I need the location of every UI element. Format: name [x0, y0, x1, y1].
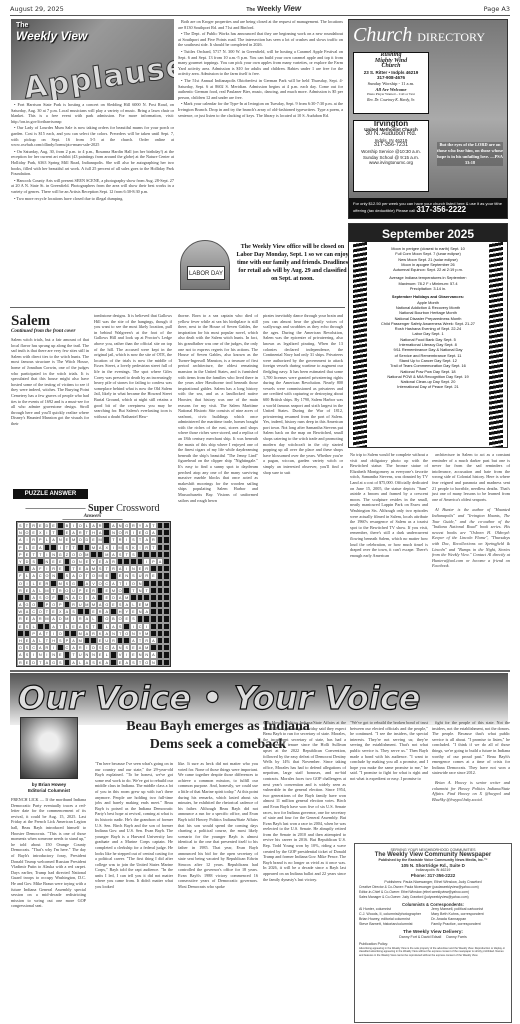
crossword-cell: R [77, 615, 84, 622]
crossword-cell [97, 587, 104, 594]
crossword-cell: D [90, 644, 97, 651]
crossword-cell: S [64, 580, 71, 587]
crossword-cell: I [44, 529, 51, 536]
crossword-cell: L [30, 623, 37, 630]
crossword-cell: A [110, 522, 117, 529]
crossword-cell: A [117, 565, 124, 572]
crossword-cell: O [77, 536, 84, 543]
crossword-cell: R [44, 580, 51, 587]
rushing-wind-card: Rushing Mighty Wind Church 23 S. Ritter … [353, 52, 429, 114]
crossword-cell: P [57, 601, 64, 608]
crossword-cell: Y [17, 558, 24, 565]
crossword-cell: M [70, 536, 77, 543]
crossword-cell: R [143, 544, 150, 551]
crossword-cell: D [77, 594, 84, 601]
puzzle-answer-label: PUZZLE ANSWER [13, 489, 88, 499]
crossword-cell: S [130, 536, 137, 543]
crossword-cell: A [103, 608, 110, 615]
crossword-cell: A [150, 651, 157, 658]
crossword-cell: N [117, 644, 124, 651]
crossword-cell: I [44, 551, 51, 558]
crossword-cell: L [24, 572, 31, 579]
crossword-cell: T [24, 522, 31, 529]
crossword-cell: D [24, 558, 31, 565]
crossword-cell: F [50, 594, 57, 601]
crossword-cell: S [123, 544, 130, 551]
crossword-cell: I [143, 623, 150, 630]
applause-items: • Fort Harrison State Park is hosting a … [11, 102, 174, 202]
crossword-cell: W [17, 608, 24, 615]
crossword-cell: N [137, 651, 144, 658]
crossword-cell [50, 580, 57, 587]
crossword-cell: S [130, 615, 137, 622]
masthead-title: The Weekly View [246, 4, 301, 13]
crossword-cell: R [90, 630, 97, 637]
crossword-cell: M [64, 615, 71, 622]
crossword-cell: O [77, 551, 84, 558]
crossword-cell: C [64, 644, 71, 651]
crossword-cell: N [130, 565, 137, 572]
crossword-cell: A [30, 615, 37, 622]
crossword-cell: T [150, 544, 157, 551]
crossword-cell [150, 565, 157, 572]
crossword-cell: E [64, 529, 71, 536]
crossword-cell: A [77, 623, 84, 630]
church-listing-footer: For only $12.50 per week you can have yo… [349, 198, 507, 218]
crossword-cell: R [37, 615, 44, 622]
crossword-cell: Y [123, 608, 130, 615]
crossword-cell: D [57, 615, 64, 622]
crossword-cell: N [77, 558, 84, 565]
crossword-cell: E [50, 558, 57, 565]
crossword-cell: N [110, 630, 117, 637]
crossword-cell: S [84, 623, 91, 630]
crossword-cell: S [97, 644, 104, 651]
crossword-cell: F [37, 565, 44, 572]
crossword-cell: N [50, 572, 57, 579]
crossword-cell: T [64, 544, 71, 551]
crossword-cell: T [44, 630, 51, 637]
crossword-cell: E [17, 623, 24, 630]
crossword-cell: S [130, 551, 137, 558]
crossword-cell [157, 601, 164, 608]
crossword-cell: I [123, 565, 130, 572]
crossword-cell [84, 637, 91, 644]
crossword-cell: R [44, 644, 51, 651]
crossword-cell: A [30, 572, 37, 579]
crossword-cell [77, 544, 84, 551]
columnist-bio: Brian A. Howey is senior writer and colu… [432, 780, 510, 802]
crossword-cell [163, 558, 170, 565]
crossword-cell: X [103, 544, 110, 551]
crossword-cell [137, 594, 144, 601]
crossword-cell: N [137, 587, 144, 594]
crossword-cell [57, 644, 64, 651]
crossword-cell: P [77, 587, 84, 594]
crossword-cell: O [97, 580, 104, 587]
crossword-cell: I [137, 544, 144, 551]
crossword-cell [163, 601, 170, 608]
crossword-cell: R [50, 565, 57, 572]
crossword-cell: O [37, 608, 44, 615]
crossword-cell [64, 601, 71, 608]
crossword-cell: Y [90, 558, 97, 565]
weekly-view-logo: TheWeekly View [16, 22, 87, 43]
crossword-cell: G [50, 659, 57, 666]
crossword-cell [57, 572, 64, 579]
author-bio: Al Hunter is the author of "Haunted Indi… [432, 507, 510, 569]
crossword-cell [44, 623, 51, 630]
crossword-cell: A [37, 544, 44, 551]
crossword-cell: O [103, 615, 110, 622]
crossword-cell: X [37, 529, 44, 536]
crossword-cell: O [24, 529, 31, 536]
crossword-cell: M [77, 637, 84, 644]
crossword-cell: M [84, 551, 91, 558]
crossword-cell: E [90, 536, 97, 543]
crossword-cell: T [143, 587, 150, 594]
crossword-cell: L [64, 623, 71, 630]
crossword-cell [77, 580, 84, 587]
crossword-cell: N [50, 551, 57, 558]
crossword-cell: H [117, 608, 124, 615]
crossword-cell [64, 565, 71, 572]
crossword-cell: R [143, 565, 150, 572]
crossword-cell: S [57, 637, 64, 644]
crossword-cell: N [130, 630, 137, 637]
crossword-cell [143, 594, 150, 601]
crossword-cell: I [44, 651, 51, 658]
crossword-cell [37, 623, 44, 630]
crossword-cell: E [24, 637, 31, 644]
crossword-cell: O [117, 615, 124, 622]
crossword-cell: I [24, 580, 31, 587]
crossword-cell [157, 594, 164, 601]
crossword-cell: S [24, 651, 31, 658]
crossword-cell: M [57, 580, 64, 587]
salem-col-4: pirates inevitably dance through your br… [263, 313, 343, 668]
scripture-verse: But the eyes of the LORD are on those wh… [437, 142, 503, 166]
crossword-cell [123, 637, 130, 644]
crossword-cell: I [84, 594, 91, 601]
september-title: September 2025 [349, 224, 507, 242]
crossword-cell: G [70, 580, 77, 587]
crossword-cell: M [97, 536, 104, 543]
salem-col-3: thorne. Born to a sea captain who died o… [178, 313, 258, 668]
crossword-cell: A [123, 601, 130, 608]
crossword-cell: N [117, 522, 124, 529]
crossword-cell: N [50, 651, 57, 658]
crossword-cell [37, 558, 44, 565]
crossword-cell: Y [137, 522, 144, 529]
crossword-cell: U [103, 637, 110, 644]
crossword-cell: R [97, 608, 104, 615]
crossword-cell: A [117, 594, 124, 601]
crossword-cell: A [123, 659, 130, 666]
crossword-cell: E [117, 572, 124, 579]
crossword-cell: Y [137, 630, 144, 637]
crossword-cell: I [143, 558, 150, 565]
crossword-cell: T [44, 637, 51, 644]
crossword-cell: E [137, 565, 144, 572]
crossword-cell: A [103, 630, 110, 637]
crossword-cell [57, 594, 64, 601]
crossword-cell [163, 529, 170, 536]
crossword-cell: E [110, 601, 117, 608]
crossword-cell: I [24, 536, 31, 543]
crossword-cell [143, 551, 150, 558]
crossword-cell: L [37, 587, 44, 594]
crossword-cell: E [117, 659, 124, 666]
crossword-cell [37, 601, 44, 608]
crossword-cell [157, 651, 164, 658]
crossword-cell: T [30, 551, 37, 558]
crossword-cell: P [44, 601, 51, 608]
crossword-cell [123, 558, 130, 565]
crossword-cell [24, 565, 31, 572]
crossword-cell [157, 544, 164, 551]
crossword-cell: O [77, 522, 84, 529]
crossword-cell: A [110, 644, 117, 651]
crossword-cell: A [84, 580, 91, 587]
crossword-cell: E [24, 659, 31, 666]
crossword-cell: S [64, 572, 71, 579]
crossword-cell [123, 623, 130, 630]
crossword-cell: E [123, 615, 130, 622]
crossword-cell: A [17, 601, 24, 608]
crossword-cell: I [130, 623, 137, 630]
voice-col-6: fight for the people of this state. Not … [432, 720, 510, 803]
crossword-cell [157, 529, 164, 536]
crossword-cell [157, 637, 164, 644]
crossword-cell [110, 651, 117, 658]
crossword-cell: I [50, 630, 57, 637]
crossword-cell: L [90, 615, 97, 622]
crossword-cell: A [50, 623, 57, 630]
crossword-cell: I [30, 651, 37, 658]
crossword-cell: A [30, 565, 37, 572]
crossword-cell: M [90, 565, 97, 572]
crossword-cell: N [57, 536, 64, 543]
crossword-cell: S [130, 659, 137, 666]
crossword-cell [157, 659, 164, 666]
crossword-cell [97, 615, 104, 622]
crossword-cell: A [97, 601, 104, 608]
crossword-cell: F [17, 572, 24, 579]
crossword-cell [64, 630, 71, 637]
crossword-cell: R [17, 587, 24, 594]
crossword-cell [150, 615, 157, 622]
crossword-cell: A [103, 659, 110, 666]
crossword-cell: T [50, 587, 57, 594]
crossword-cell: L [37, 637, 44, 644]
crossword-cell [24, 630, 31, 637]
crossword-cell: O [123, 630, 130, 637]
crossword-cell: N [110, 529, 117, 536]
crossword-cell [163, 651, 170, 658]
crossword-cell: E [64, 536, 71, 543]
crossword-cell [84, 608, 91, 615]
crossword-cell: E [57, 558, 64, 565]
crossword-cell: L [130, 601, 137, 608]
crossword-cell: P [64, 637, 71, 644]
crossword-cell: T [103, 565, 110, 572]
crossword-cell: C [103, 644, 110, 651]
crossword-cell: I [44, 565, 51, 572]
crossword-cell: D [84, 536, 91, 543]
crossword-cell: R [110, 558, 117, 565]
crossword-cell: E [90, 608, 97, 615]
crossword-cell: E [24, 551, 31, 558]
crossword-cell: N [84, 651, 91, 658]
crossword-cell [157, 580, 164, 587]
crossword-cell: N [17, 529, 24, 536]
crossword-cell: O [50, 601, 57, 608]
crossword-cell: K [130, 544, 137, 551]
crossword-cell: R [30, 522, 37, 529]
crossword-cell [157, 644, 164, 651]
crossword-cell: R [70, 601, 77, 608]
crossword-cell [143, 580, 150, 587]
crossword-cell [157, 572, 164, 579]
crossword-cell [17, 630, 24, 637]
crossword-cell [137, 558, 144, 565]
crossword-cell: A [84, 565, 91, 572]
crossword-cell: T [123, 551, 130, 558]
crossword-cell: R [117, 536, 124, 543]
applause-banner: TheWeekly View Applause! [11, 19, 174, 100]
crossword-cell: A [64, 608, 71, 615]
crossword-cell: A [50, 615, 57, 622]
crossword-cell: E [137, 601, 144, 608]
crossword-cell [150, 551, 157, 558]
crossword-cell [57, 522, 64, 529]
crossword-cell: M [90, 601, 97, 608]
crossword-cell: A [70, 659, 77, 666]
crossword-cell: T [50, 529, 57, 536]
crossword-cell: A [30, 587, 37, 594]
crossword-cell: D [110, 594, 117, 601]
crossword-cell [157, 551, 164, 558]
crossword-cell: E [50, 608, 57, 615]
crossword-cell [157, 587, 164, 594]
crossword-cell: R [90, 587, 97, 594]
crossword-cell: A [110, 551, 117, 558]
voice-col-3: like. It sure as heck did not matter who… [178, 761, 258, 1023]
crossword-cell: O [90, 572, 97, 579]
church-phone: 317-356-2222 [416, 205, 466, 214]
crossword-cell: M [123, 594, 130, 601]
crossword-cell: R [123, 529, 130, 536]
community-items: Both are on Kroger properties and are be… [178, 19, 343, 119]
crossword-cell: A [70, 594, 77, 601]
crossword-cell: S [70, 608, 77, 615]
crossword-cell [117, 637, 124, 644]
voice-col-2: "I'm here because I've seen what's going… [95, 761, 173, 1023]
crossword-cell: A [110, 580, 117, 587]
crossword-cell: S [37, 594, 44, 601]
salem-heading: Salem [11, 313, 50, 330]
page-header: August 29, 2025 The Weekly View Page A3 [10, 2, 510, 16]
crossword-cell: R [130, 522, 137, 529]
crossword-cell: T [137, 659, 144, 666]
crossword-cell: E [30, 544, 37, 551]
church-directory-ad: Church DIRECTORY Rushing Mighty Wind Chu… [348, 19, 508, 219]
crossword-cell: S [30, 558, 37, 565]
crossword-cell: T [70, 544, 77, 551]
crossword-cell: P [30, 630, 37, 637]
crossword-cell: T [137, 536, 144, 543]
crossword-cell: P [150, 558, 157, 565]
crossword-cell: R [77, 644, 84, 651]
crossword-cell: A [97, 529, 104, 536]
crossword-cell: H [50, 637, 57, 644]
crossword-cell [163, 659, 170, 666]
crossword-cell: E [103, 572, 110, 579]
crossword-cell: S [123, 644, 130, 651]
salem-col-2: tombstone designs. It is believed that G… [94, 313, 172, 489]
crossword-cell: T [57, 623, 64, 630]
crossword-cell: T [44, 608, 51, 615]
crossword-cell: A [137, 644, 144, 651]
crossword-cell: E [57, 565, 64, 572]
crossword-cell: C [137, 623, 144, 630]
crossword-cell: R [97, 522, 104, 529]
crossword-cell [90, 551, 97, 558]
crossword-cell: T [84, 529, 91, 536]
crossword-cell: N [123, 572, 130, 579]
crossword-cell [163, 630, 170, 637]
crossword-cell: R [110, 637, 117, 644]
crossword-cell: A [150, 637, 157, 644]
crossword-cell: M [90, 544, 97, 551]
crossword-cell: U [77, 651, 84, 658]
crossword-cell: A [143, 522, 150, 529]
crossword-cell: O [70, 551, 77, 558]
labor-day-badge: LABOR DAY [180, 240, 230, 290]
crossword-cell: I [123, 536, 130, 543]
crossword-cell [84, 544, 91, 551]
crossword-cell: A [37, 644, 44, 651]
crossword-cell: C [30, 608, 37, 615]
crossword-cell: I [123, 580, 130, 587]
crossword-cell: A [17, 651, 24, 658]
crossword-cell: D [30, 659, 37, 666]
crossword-cell: T [150, 522, 157, 529]
crossword-cell: I [84, 644, 91, 651]
crossword-cell [163, 565, 170, 572]
salem-col-1: Salem witch trials, but a fair amount of… [11, 337, 89, 484]
crossword-cell: E [130, 644, 137, 651]
crossword-cell [163, 623, 170, 630]
crossword-cell: A [130, 637, 137, 644]
crossword-cell: T [117, 630, 124, 637]
crossword-cell [17, 594, 24, 601]
section-divider [10, 307, 345, 308]
crossword-cell: S [117, 601, 124, 608]
crossword-cell [103, 522, 110, 529]
crossword-cell: G [103, 601, 110, 608]
crossword-cell: T [117, 580, 124, 587]
crossword-cell [97, 594, 104, 601]
crossword-cell: O [117, 587, 124, 594]
crossword-cell: V [117, 651, 124, 658]
byline: by Brian HoweyEditorial Columnist [14, 782, 84, 794]
crossword-cell: T [130, 587, 137, 594]
crossword-cell: O [70, 558, 77, 565]
crossword-cell [103, 536, 110, 543]
crossword-cell: L [44, 536, 51, 543]
